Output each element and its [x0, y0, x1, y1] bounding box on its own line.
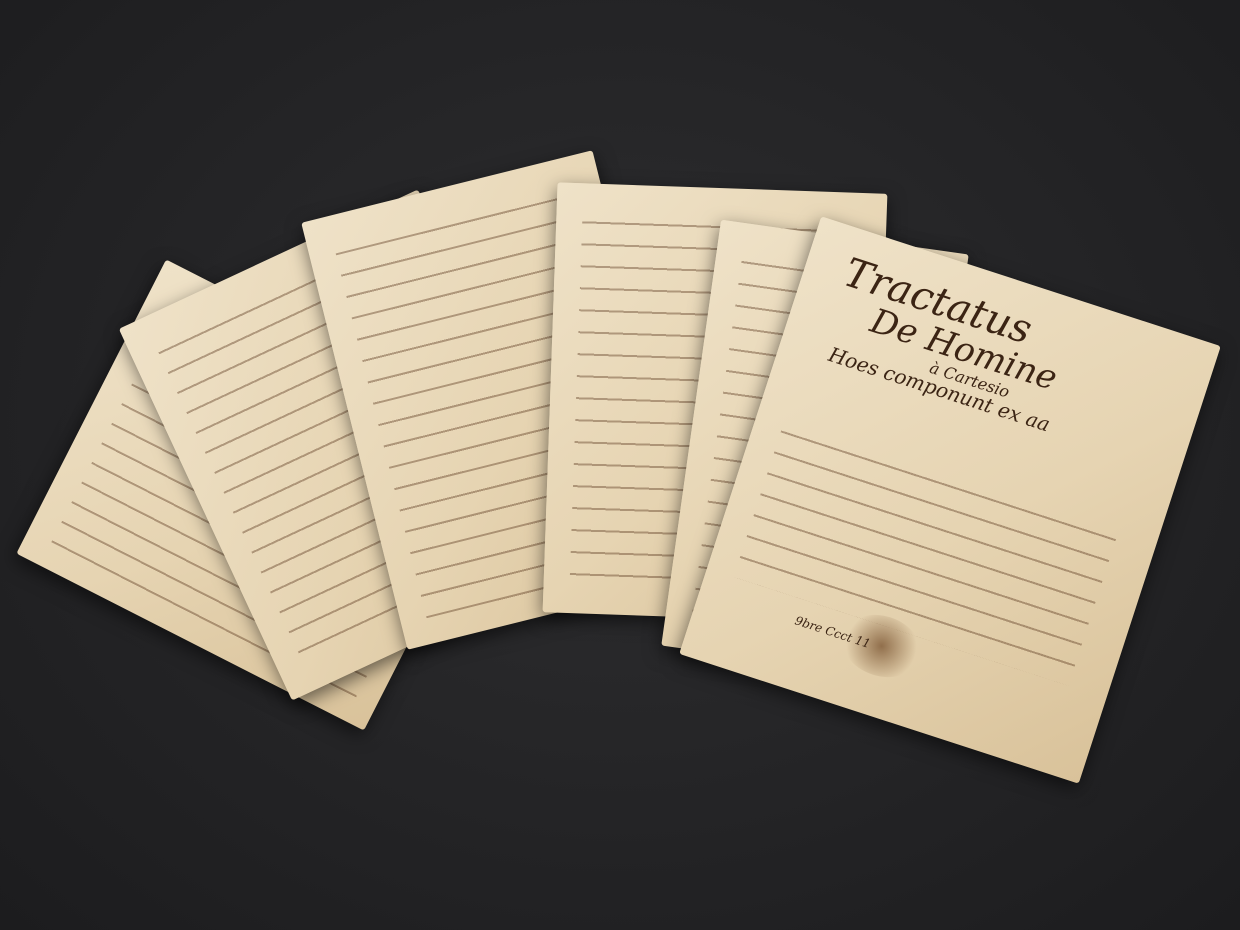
- manuscript-title: Tractatus De Homine à Cartesio Hoes comp…: [816, 252, 1081, 436]
- handwritten-text: [734, 415, 1121, 685]
